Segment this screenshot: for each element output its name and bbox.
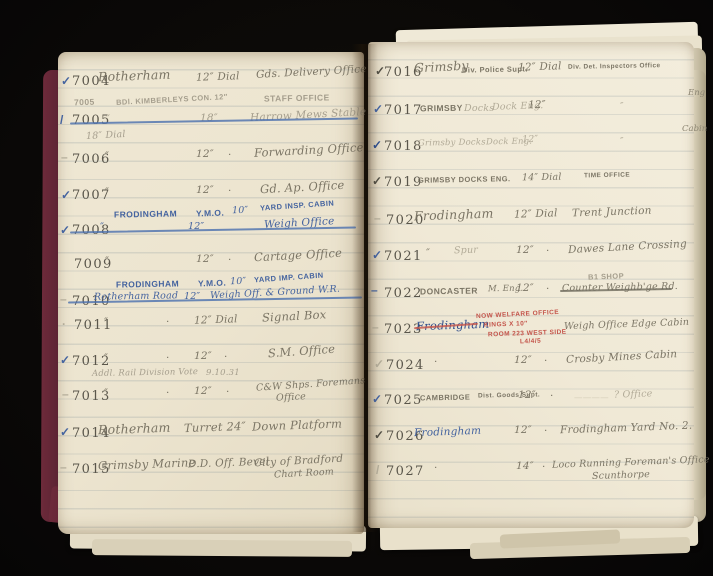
entry-text: 12″ <box>196 149 214 160</box>
entry-text: KINGS X 10″ <box>484 321 528 329</box>
entry-text: 12″ <box>196 254 214 265</box>
check-mark: ✓ <box>372 175 382 187</box>
entry-text: Gds. Delivery Office <box>256 64 367 80</box>
ledger-entry-7023: –7023FrodinghamNOW WELFARE OFFICEKINGS X… <box>368 42 694 528</box>
ledger-entry-7014: ✓7014RotherhamTurret 24″Down Platform <box>58 52 364 534</box>
entry-text: TIME OFFICE <box>584 173 630 180</box>
entry-text: · <box>228 150 232 161</box>
entry-text: ″ <box>620 137 624 147</box>
entry-text: STAFF OFFICE <box>264 93 330 103</box>
strike-line <box>414 323 478 329</box>
entry-text: Addl. Rail Division Vote <box>92 368 198 378</box>
check-mark: ✓ <box>60 426 70 438</box>
entry-text: Div. Police Supt. <box>462 65 528 74</box>
entry-text: 14″ Dial <box>522 173 562 183</box>
strike-line <box>560 288 672 292</box>
entry-text: Weigh Office <box>264 216 335 230</box>
entry-text: BDl. KIMBERLEYS CON. 12″ <box>116 93 228 106</box>
entry-text: Weigh Office Edge Cabin <box>564 318 689 332</box>
entry-text: ″ <box>100 222 104 233</box>
entry-text: Grimsby Docks <box>418 138 486 148</box>
check-mark: ✓ <box>373 103 383 115</box>
entry-text: 12″ <box>514 425 532 436</box>
photo-backdrop: ✓7004Rotherham12″ DialGds. Delivery Offi… <box>0 0 713 576</box>
check-mark: ✓ <box>60 354 70 366</box>
entry-text: Cartage Office <box>254 248 343 264</box>
ledger-entry-7005: /70057005BDl. KIMBERLEYS CON. 12″STAFF O… <box>58 52 364 534</box>
entry-text: Dist. Goods Supt. <box>478 392 540 400</box>
entry-text: Loco Running Foreman's Office <box>552 455 710 470</box>
entry-text: ″ <box>104 353 108 364</box>
entry-text: 18″ Dial <box>86 130 126 142</box>
entry-text: ″ <box>104 317 108 328</box>
entry-text: Dock Eng. <box>492 101 544 112</box>
entry-text: 12″ Dial <box>194 314 238 326</box>
entry-text: 14″ <box>516 461 534 472</box>
entry-text: B1 SHOP <box>588 272 624 281</box>
check-mark: · <box>62 318 66 330</box>
entry-text: M. Eng. <box>488 285 523 294</box>
entry-text: 18″ <box>200 113 218 124</box>
entry-text: · <box>434 463 438 474</box>
check-mark: ✓ <box>60 224 70 236</box>
entry-text: Spur <box>454 246 478 256</box>
entry-number: 7006 <box>72 153 111 166</box>
check-mark: – <box>371 284 378 296</box>
entry-text: 12″ <box>528 100 546 111</box>
entry-text: · <box>550 391 554 402</box>
entry-text: 12″ <box>518 390 536 401</box>
entry-text: C&W Shps. Foremans <box>256 376 366 393</box>
entry-text: ———— <box>574 394 609 403</box>
entry-text: Frodingham <box>414 208 494 223</box>
ledger-entry-7024: ✓7024·12″·Crosby Mines Cabin <box>368 42 694 528</box>
page-stack-bottom-left-2 <box>92 539 352 557</box>
entry-text: 10″ <box>232 206 249 216</box>
entry-text: Harrow Mews Stable <box>250 107 367 124</box>
entry-text: Div. Det. Inspectors Office <box>568 63 661 71</box>
entry-text: ″ <box>106 114 110 125</box>
entry-text: · <box>224 352 228 363</box>
ledger-entry-7011: ·7011″·12″ DialSignal Box <box>58 52 364 534</box>
entry-text: ″ <box>426 248 430 259</box>
entry-text: Dock Eng. <box>486 138 532 147</box>
check-mark: ✓ <box>372 139 382 151</box>
entry-text: GRIMSBY <box>420 104 463 113</box>
ledger-entry-7019: ✓7019GRIMSBY DOCKS ENG.14″ DialTIME OFFI… <box>368 42 694 528</box>
entry-text: Office <box>276 392 306 403</box>
entry-number: 7015 <box>72 463 111 476</box>
entry-text: Chart Room <box>274 467 334 480</box>
entry-number: 7010 <box>72 295 111 308</box>
check-mark: / <box>376 464 379 476</box>
entry-text: ? Office <box>614 389 653 400</box>
entry-number: 7011 <box>74 319 113 332</box>
entry-number: 7012 <box>72 355 111 368</box>
entry-text: 7005 <box>74 98 95 107</box>
ledger-entry-7009: 7009″12″·Cartage Office <box>58 52 364 534</box>
ledger-entry-7026: ✓7026Frodingham12″·Frodingham Yard No. 2… <box>368 42 694 528</box>
entry-text: 9.10.31 <box>206 369 240 378</box>
entry-number: 7021 <box>384 250 423 263</box>
entry-number: 7022 <box>384 287 423 300</box>
check-mark: ✓ <box>374 429 384 441</box>
ledger-entry-7013: –7013″·12″·C&W Shps. ForemansOffice <box>58 52 364 534</box>
entry-text: · <box>166 317 170 328</box>
entry-text: · <box>228 186 232 197</box>
entry-text: · <box>542 462 546 473</box>
entry-text: Grimsby Marine <box>98 457 196 472</box>
entry-text: FRODINGHAM <box>114 209 177 219</box>
entry-text: Rotherham Road <box>94 291 178 302</box>
entry-text: Docks <box>464 104 494 114</box>
entry-text: Scunthorpe <box>592 470 650 482</box>
entry-text: · <box>166 388 170 399</box>
entry-text: Grimsby <box>414 60 469 75</box>
entry-number: 7016 <box>384 66 423 79</box>
entry-text: Y.M.O. <box>198 279 226 288</box>
ledger-entry-7016: ✓7016GrimsbyDiv. Police Supt.12″ DialDiv… <box>368 42 694 528</box>
entry-text: Crosby Mines Cabin <box>566 349 678 365</box>
entry-text: · <box>544 356 548 367</box>
entry-number: 7025 <box>384 394 423 407</box>
entry-text: · <box>228 255 232 266</box>
entry-text: ″ <box>105 256 109 267</box>
check-mark: – <box>60 461 67 473</box>
ledger-entry-7008: ✓7008FRODINGHAMY.M.O.10″YARD INSP. CABIN… <box>58 52 364 534</box>
entry-text: · <box>434 357 438 368</box>
check-mark: ✓ <box>372 249 382 261</box>
strike-line <box>70 227 356 234</box>
ledger-entry-7015: –7015Grimsby MarineD.D. Off. BevelCity o… <box>58 52 364 534</box>
ledger-page-left: ✓7004Rotherham12″ DialGds. Delivery Offi… <box>58 52 364 534</box>
entry-text: 12″ <box>516 283 534 294</box>
entry-text: L4/4/5 <box>520 339 541 346</box>
strike-line <box>68 296 362 303</box>
ledger-entry-7027: /7027·14″·Loco Running Foreman's OfficeS… <box>368 42 694 528</box>
entry-number: 7020 <box>386 214 425 227</box>
entry-text: · <box>166 353 170 364</box>
entry-text: Frodingham Yard No. 2. <box>560 421 693 436</box>
entry-text: 12″ <box>516 245 534 256</box>
entry-text: NOW WELFARE OFFICE <box>476 310 559 321</box>
ledger-entry-7022: –7022DONCASTERM. Eng.12″·B1 SHOPCounter … <box>368 42 694 528</box>
entry-number: 7019 <box>384 176 423 189</box>
entry-text: 12″ <box>194 386 212 397</box>
entry-text: Turret 24″ <box>184 421 246 435</box>
entry-text: 12″ Dial <box>514 208 558 220</box>
entry-text: Frodingham <box>416 319 490 333</box>
entry-text: Frodingham <box>414 426 481 439</box>
entry-text: 12″ Dial <box>518 61 562 73</box>
check-mark: ✓ <box>375 65 385 77</box>
entry-number: 7018 <box>384 140 423 153</box>
ledger-entry-7012: ✓7012″·12″·S.M. OfficeAddl. Rail Divisio… <box>58 52 364 534</box>
entry-text: Signal Box <box>262 309 327 324</box>
entry-number: 7004 <box>72 75 111 88</box>
entry-text: Rotherham <box>98 69 171 84</box>
ledger-entry-7004: ✓7004Rotherham12″ DialGds. Delivery Offi… <box>58 52 364 534</box>
entry-number: 7005 <box>72 114 111 127</box>
entry-number: 7017 <box>384 104 423 117</box>
ledger-entry-7017: ✓7017GRIMSBYDocksDock Eng.12″″ <box>368 42 694 528</box>
check-mark: ✓ <box>61 189 71 201</box>
entry-text: D.D. Off. Bevel <box>188 457 270 470</box>
ledger-entry-7021: ✓7021″Spur12″·Dawes Lane Crossing <box>368 42 694 528</box>
page-stack-right-edge-2 <box>694 70 706 500</box>
entry-number: 7008 <box>72 224 111 237</box>
ledger-entry-7007: ✓7007″12″·Gd. Ap. Office <box>58 52 364 534</box>
entry-text: ″ <box>105 151 109 162</box>
entry-text: · <box>546 246 550 257</box>
entry-text: 12″ <box>522 135 539 145</box>
entry-number: 7024 <box>386 359 425 372</box>
check-mark: – <box>372 321 379 333</box>
entry-number: 7009 <box>74 258 113 271</box>
entry-text: 12″ <box>196 185 214 196</box>
ledger-page-right: ✓7016GrimsbyDiv. Police Supt.12″ DialDiv… <box>368 42 694 528</box>
check-mark: – <box>62 388 69 400</box>
ledger-entry-7018: ✓7018Grimsby DocksDock Eng.12″″ <box>368 42 694 528</box>
check-mark: – <box>60 293 67 305</box>
entry-text: Weigh Off. & Ground W.R. <box>210 285 340 301</box>
entry-text: 12″ <box>514 355 532 366</box>
entry-text: YARD INSP. CABIN <box>260 199 335 212</box>
ledger-entry-7020: –7020Frodingham12″ DialTrent Junction <box>368 42 694 528</box>
entry-text: GRIMSBY DOCKS ENG. <box>418 175 511 184</box>
entry-text: YARD IMP. CABIN <box>254 272 324 284</box>
entry-text: 10″ <box>230 277 247 287</box>
entry-number: 7007 <box>72 189 111 202</box>
entry-text: Gd. Ap. Office <box>260 180 345 196</box>
entry-text: Dawes Lane Crossing <box>568 239 687 256</box>
entry-text: 12″ <box>194 351 212 362</box>
check-mark: ✓ <box>372 393 382 405</box>
entry-number: 7026 <box>386 430 425 443</box>
check-mark: ✓ <box>374 358 384 370</box>
entry-text: CAMBRIDGE <box>420 394 470 402</box>
entry-text: · <box>546 284 550 295</box>
entry-text: Down Platform <box>252 418 342 433</box>
check-mark: ✓ <box>61 75 71 87</box>
entry-text: Y.M.O. <box>196 209 224 218</box>
entry-text: ROOM 223 WEST SIDE <box>488 330 567 339</box>
entry-text: ″ <box>105 187 109 198</box>
entry-text: · <box>226 387 230 398</box>
strike-line <box>70 117 358 124</box>
ledger-entry-7006: –7006″12″·Forwarding Office <box>58 52 364 534</box>
entry-number: 7014 <box>72 427 111 440</box>
entry-text: ″ <box>104 388 108 399</box>
entry-text: City of Bradford <box>254 454 344 469</box>
entry-text: Trent Junction <box>572 206 652 219</box>
entry-text: ″ <box>620 102 624 112</box>
check-mark: – <box>61 151 68 163</box>
check-mark: – <box>374 212 381 224</box>
entry-text: Rotherham <box>98 422 171 437</box>
entry-text: · <box>544 426 548 437</box>
ledger-entry-7010: –7010FRODINGHAMY.M.O.10″YARD IMP. CABINR… <box>58 52 364 534</box>
entry-text: S.M. Office <box>268 344 336 360</box>
entry-text: 12″ <box>188 222 204 232</box>
entry-text: 12″ Dial <box>196 71 240 83</box>
check-mark: / <box>60 114 63 126</box>
entry-text: DONCASTER <box>420 286 478 296</box>
entry-text: FRODINGHAM <box>116 279 179 289</box>
entry-text: 12″ <box>184 292 200 302</box>
entry-text: Counter Weighb'ge Rd. <box>562 282 678 294</box>
entry-number: 7027 <box>386 465 425 478</box>
entry-number: 7013 <box>72 390 111 403</box>
entry-number: 7023 <box>384 323 423 336</box>
ledger-entry-7025: ✓7025CAMBRIDGEDist. Goods Supt.12″·————?… <box>368 42 694 528</box>
entry-text: Forwarding Office <box>254 142 364 159</box>
